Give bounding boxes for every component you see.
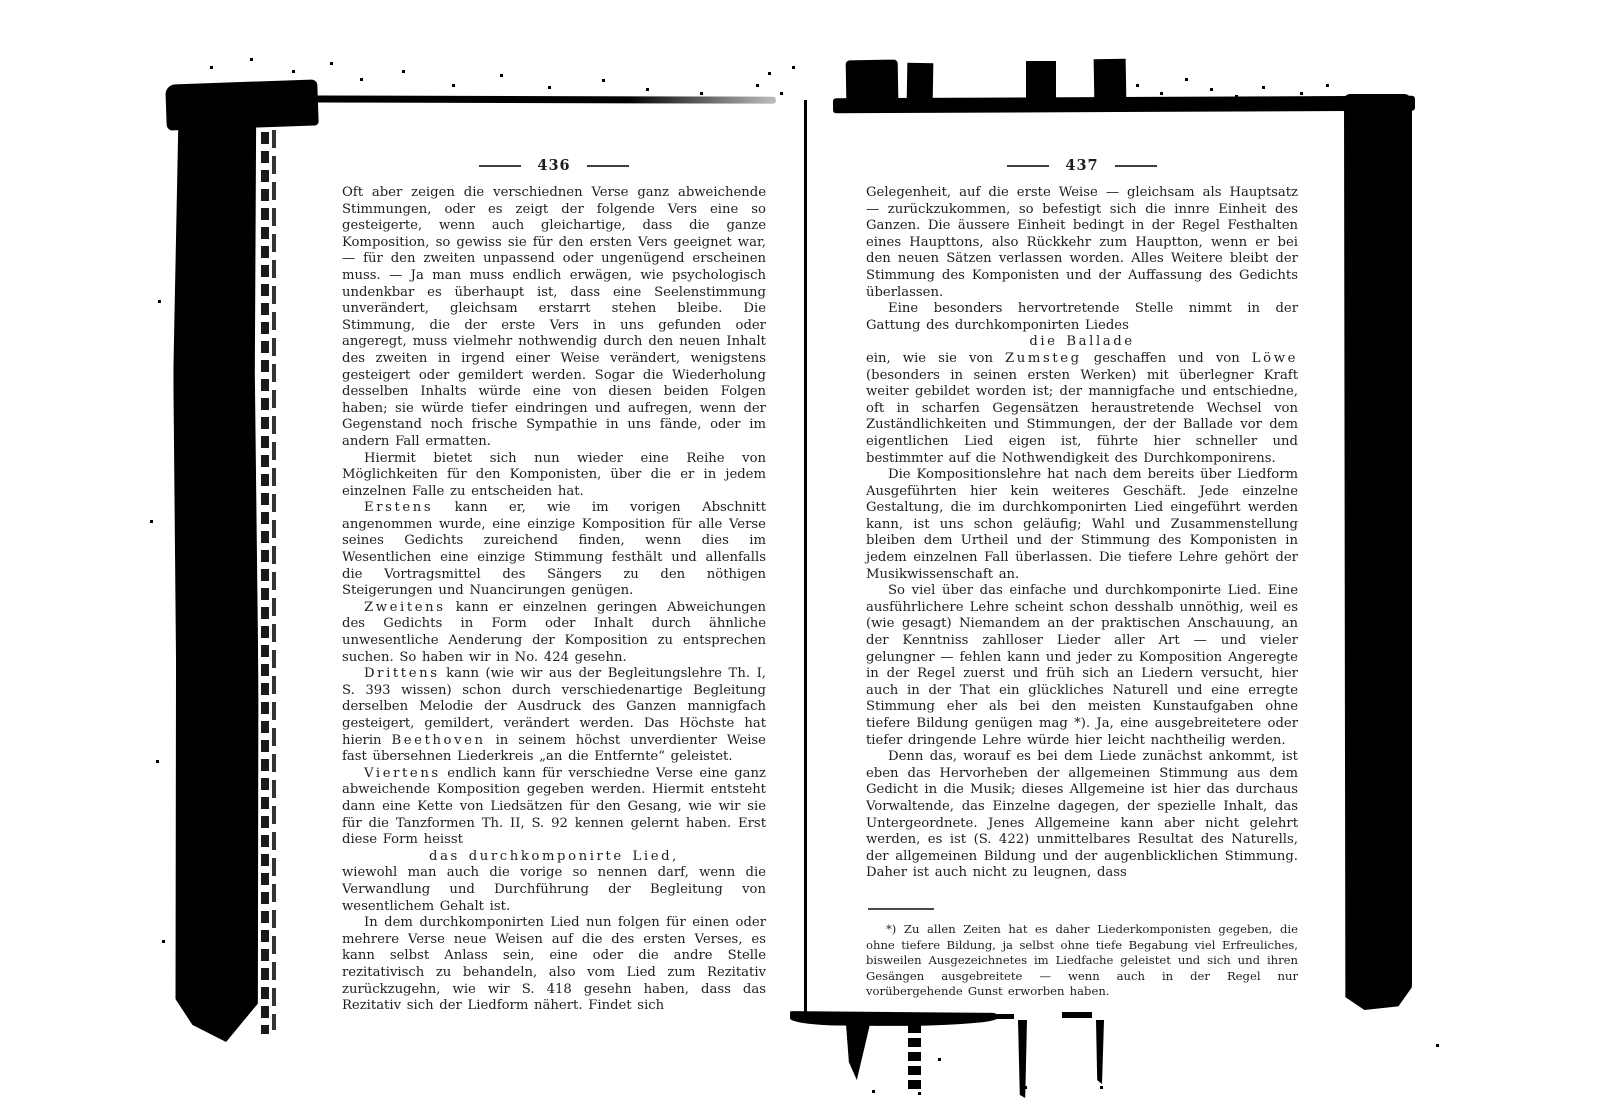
- emphasized-text: Drittens: [364, 666, 440, 681]
- scan-artifact-ink-drip-4: [1096, 1020, 1104, 1084]
- right-page-number: 437: [1065, 158, 1098, 174]
- text-run: So viel über das einfache und durchkompo…: [866, 583, 1298, 747]
- text-run: ein, wie sie von: [866, 351, 1005, 366]
- scan-artifact-gutter-bottom-smear: [790, 1011, 998, 1027]
- paragraph: ein, wie sie von Zumsteg geschaffen und …: [866, 351, 1298, 467]
- scan-artifact-binding-tab-2: [907, 63, 934, 103]
- text-run: Denn das, worauf es bei dem Liede zunäch…: [866, 749, 1298, 880]
- scan-artifact-ink-drip-1: [846, 1024, 870, 1080]
- left-page-number: 436: [537, 158, 570, 174]
- text-run: Gelegenheit, auf die erste Weise — gleic…: [866, 185, 1298, 300]
- right-page-header: 437: [866, 158, 1298, 174]
- heading-line: die Ballade: [866, 334, 1298, 351]
- footnote-text: *) Zu allen Zeiten hat es daher Liederko…: [866, 922, 1298, 1000]
- paragraph: Gelegenheit, auf die erste Weise — gleic…: [866, 185, 1298, 301]
- emphasized-text: Löwe: [1252, 351, 1298, 366]
- text-run: Eine besonders hervortretende Stelle nim…: [866, 301, 1298, 333]
- left-page-header: 436: [342, 158, 766, 174]
- emphasized-text: Viertens: [364, 766, 441, 781]
- paragraph: wiewohl man auch die vorige so nennen da…: [342, 865, 766, 915]
- left-page-paragraphs: Oft aber zeigen die verschiednen Verse g…: [342, 185, 766, 1015]
- page-number-rule-right-a: [1007, 165, 1049, 167]
- heading-line: das durchkomponirte Lied,: [342, 849, 766, 866]
- text-run: geschaffen und von: [1082, 351, 1252, 366]
- emphasized-text: Zweitens: [364, 600, 446, 615]
- text-run: wiewohl man auch die vorige so nennen da…: [342, 865, 766, 913]
- text-run: In dem durchkomponirten Lied nun folgen …: [342, 915, 766, 1013]
- scan-artifact-binding-tab-3: [1026, 61, 1056, 103]
- scan-artifact-bottom-dash-1: [988, 1014, 1014, 1019]
- paragraph: In dem durchkomponirten Lied nun folgen …: [342, 915, 766, 1015]
- paragraph: Die Kompositionslehre hat nach dem berei…: [866, 467, 1298, 583]
- scan-artifact-binding-tab-4: [1094, 59, 1127, 104]
- scan-artifact-speckles: [0, 0, 3, 3]
- paragraph: Oft aber zeigen die verschiednen Verse g…: [342, 185, 766, 451]
- scan-artifact-left-page-top-edge: [244, 95, 776, 103]
- paragraph: So viel über das einfache und durchkompo…: [866, 583, 1298, 749]
- footnote-rule: [868, 908, 934, 910]
- scanned-book-spread: { "colors": { "paper": "#ffffff", "ink":…: [0, 0, 1600, 1098]
- scan-artifact-ink-drip-2: [908, 1024, 921, 1090]
- text-run: (besonders in seinen ersten Werken) mit …: [866, 368, 1298, 466]
- paragraph: Zweitens kann er einzelnen geringen Abwe…: [342, 600, 766, 666]
- scan-artifact-right-edge-band: [1344, 94, 1412, 1010]
- scan-artifact-ink-drip-3: [1018, 1020, 1027, 1098]
- scan-artifact-gutter-line: [804, 100, 807, 1016]
- page-number-rule-left-b: [587, 165, 629, 167]
- paragraph: Drittens kann (wie wir aus der Begleitun…: [342, 666, 766, 766]
- footnote: *) Zu allen Zeiten hat es daher Liederko…: [866, 908, 1298, 1000]
- text-run: *) Zu allen Zeiten hat es daher Liederko…: [866, 922, 1298, 998]
- emphasized-text: Zumsteg: [1005, 351, 1082, 366]
- scan-artifact-page-edge-stripe: [261, 94, 269, 1034]
- page-number-rule-right-b: [1115, 165, 1157, 167]
- scan-artifact-page-edge-line: [272, 96, 276, 1030]
- emphasized-text: die Ballade: [1029, 334, 1134, 349]
- paragraph: Eine besonders hervortretende Stelle nim…: [866, 301, 1298, 334]
- page-number-rule-left-a: [479, 165, 521, 167]
- scan-artifact-top-left-corner: [165, 79, 319, 130]
- right-page-paragraphs: Gelegenheit, auf die erste Weise — gleic…: [866, 185, 1298, 882]
- left-page: 436 Oft aber zeigen die verschiednen Ver…: [342, 158, 766, 1015]
- text-run: Die Kompositionslehre hat nach dem berei…: [866, 467, 1298, 582]
- paragraph: Erstens kann er, wie im vorigen Abschnit…: [342, 500, 766, 600]
- emphasized-text: Beethoven: [391, 733, 485, 748]
- scan-artifact-spine-band: [172, 86, 259, 1042]
- scan-artifact-binding-tab-1: [846, 60, 899, 103]
- paragraph: Hiermit bietet sich nun wieder eine Reih…: [342, 451, 766, 501]
- emphasized-text: Erstens: [364, 500, 433, 515]
- right-page: 437 Gelegenheit, auf die erste Weise — g…: [866, 158, 1298, 1000]
- emphasized-text: das durchkomponirte Lied,: [429, 849, 679, 864]
- paragraph: Denn das, worauf es bei dem Liede zunäch…: [866, 749, 1298, 882]
- text-run: Oft aber zeigen die verschiednen Verse g…: [342, 185, 766, 449]
- text-run: Hiermit bietet sich nun wieder eine Reih…: [342, 451, 766, 499]
- paragraph: Viertens endlich kann für verschiedne Ve…: [342, 766, 766, 849]
- scan-artifact-bottom-dash-2: [1062, 1012, 1092, 1018]
